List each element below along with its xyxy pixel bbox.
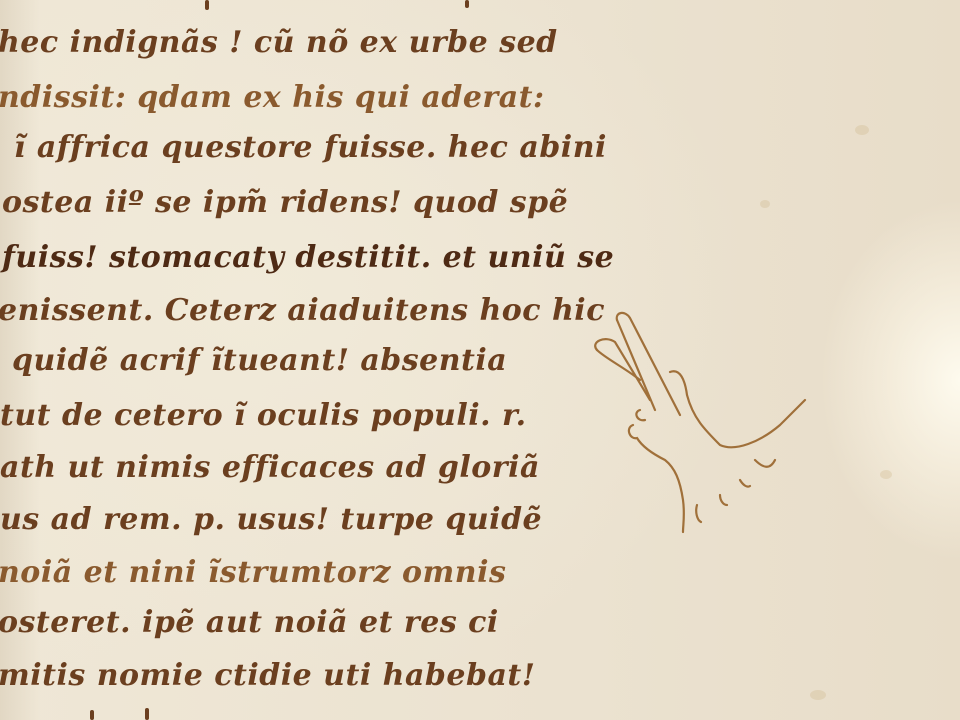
text-line-13: mitis nomie ctidie uti habebat! bbox=[0, 658, 535, 693]
ink-ascender bbox=[90, 710, 94, 720]
parchment-stain bbox=[855, 125, 869, 135]
text-line-5: fuiss! stomacaty destitit. et uniũ se bbox=[2, 240, 614, 275]
text-line-4: ostea iiº se ipm̃ ridens! quod spẽ bbox=[2, 185, 568, 220]
text-line-10: us ad rem. p. usus! turpe quidẽ bbox=[0, 502, 542, 537]
parchment-stain bbox=[760, 200, 770, 208]
text-line-7: quidẽ acrif ĩtueant! absentia bbox=[12, 343, 507, 378]
text-line-6: enissent. Ceterz aiaduitens hoc hic bbox=[0, 293, 605, 328]
parchment-page: hec indignãs ! cũ nõ ex urbe sed ndissit… bbox=[0, 0, 960, 720]
ink-ascender bbox=[145, 708, 149, 720]
manicule-pointing-hand-icon bbox=[585, 300, 825, 540]
text-line-8: tut de cetero ĩ oculis populi. r. bbox=[0, 398, 527, 433]
text-line-11: noiã et nini ĩstrumtorz omnis bbox=[0, 555, 506, 590]
parchment-stain bbox=[810, 690, 826, 700]
text-line-1: hec indignãs ! cũ nõ ex urbe sed bbox=[0, 25, 558, 60]
ink-ascender bbox=[205, 0, 209, 10]
text-line-3: ĩ affrica questore fuisse. hec abini bbox=[14, 130, 607, 165]
ink-ascender bbox=[465, 0, 469, 8]
parchment-stain bbox=[880, 470, 892, 479]
text-line-12: osteret. ipẽ aut noiã et res ci bbox=[0, 605, 499, 640]
text-line-9: ath ut nimis efficaces ad gloriã bbox=[0, 450, 540, 485]
text-line-2: ndissit: qdam ex his qui aderat: bbox=[0, 80, 545, 115]
